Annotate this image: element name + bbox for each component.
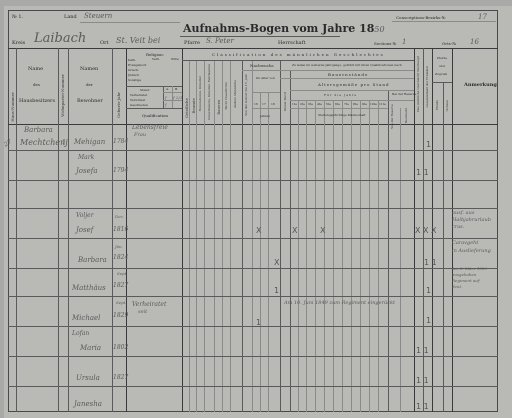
year-col: 3te	[308, 102, 313, 106]
stand-divider	[126, 108, 182, 109]
year-col: 10te	[370, 102, 377, 106]
alters-divider	[290, 90, 414, 91]
stand-row: Geschieden	[130, 103, 148, 107]
title-text: Aufnahms-Bogen vom Jahre 18	[183, 22, 374, 35]
hausbesitzer-header-2: des	[33, 82, 40, 87]
year-col: 9te	[362, 102, 367, 106]
urlaub-sub: Von der Reserve	[390, 104, 394, 129]
urlaub-divider	[388, 100, 414, 101]
year-col: 4te	[317, 102, 322, 106]
religion-row: Griech.	[128, 68, 139, 72]
stand-col-line	[163, 86, 164, 108]
land-underline	[80, 22, 180, 23]
pferde-header: Zugvieh	[435, 72, 447, 76]
stand-row: Verheiratet	[130, 93, 147, 97]
bewohner-name: Michael	[72, 314, 100, 322]
stand-mark: f 2/3	[173, 95, 182, 100]
jahren-divider	[252, 108, 280, 109]
hausbesitzer-header-3: Hausbesitzers	[19, 98, 55, 104]
col-line	[306, 100, 307, 412]
col-line	[242, 60, 243, 412]
col-line	[443, 82, 444, 412]
class-col-header: Andere Männliche	[233, 80, 237, 108]
rekrut-header: Zu laden im weiteren Jahrgange, geführt …	[292, 63, 402, 67]
haus-nr-header: Haus-Nummer	[10, 92, 15, 122]
geburtsjahr: 1784	[113, 138, 128, 145]
anmerkung-note: in Auslieferung	[452, 248, 491, 254]
stand-row-line	[163, 92, 182, 93]
col-line	[222, 60, 223, 412]
anmerkung-note: ausgehoben	[452, 272, 476, 277]
wehrdienst-header: Dienst Beruf	[283, 92, 287, 111]
bewohner-name: Janesha	[74, 400, 102, 408]
fuer-jahre-header: Für die Jahre	[324, 93, 357, 97]
bewohner-name: Mehigan	[74, 138, 105, 146]
year-col: 7te	[344, 102, 349, 106]
tally-mark: 1 1	[416, 168, 429, 177]
pfarre-label: Pfarre	[184, 40, 200, 46]
col-line	[58, 48, 59, 412]
row-line	[8, 268, 498, 269]
geburtsjahr: 1794	[113, 167, 128, 174]
bewohner-header-1: Namen	[80, 66, 98, 72]
bewohner-name: Josefa	[76, 167, 98, 175]
stand-col: A.	[166, 87, 169, 91]
hausbesitzer-name: Mechtchenj	[20, 138, 68, 147]
conscription-label: Conscriptions-Bezirks-№	[396, 15, 446, 20]
bewohner-name: Mark	[78, 154, 94, 161]
stand-mark: f	[165, 95, 166, 100]
bauernstand-header: Bauernstände	[328, 72, 368, 77]
religion-row: Kath.	[128, 58, 136, 62]
nachwuchs-sub: Von der Geburt bis 15. Jahr	[244, 74, 248, 116]
stand-row-line	[163, 100, 182, 101]
bewohner-name: Barbara	[78, 256, 107, 264]
year-col: 2te	[300, 102, 305, 106]
pfarre-value: S. Peter	[206, 37, 234, 45]
nachwuchs-header: Nachwuchs	[250, 63, 274, 68]
geburtsjahr-note: Sept.	[116, 300, 127, 305]
anmerkung-note: Regiment auf-	[452, 278, 480, 283]
tally-mark: 1	[426, 286, 431, 295]
pferde-sub: Pferde	[435, 100, 439, 110]
stellungspflichtig-label: Stellungspflichtige Mannschaft	[318, 113, 366, 117]
geburtsjahr: 1829	[113, 312, 128, 319]
row-line	[8, 180, 498, 181]
col-line	[351, 100, 352, 412]
years-divider	[290, 100, 388, 101]
bewohner-name: Maria	[80, 344, 101, 352]
religion-col: Verh.	[152, 57, 160, 61]
bewohner-name: Josef	[76, 226, 93, 234]
conscription-value: 17	[478, 13, 487, 21]
class-col-header: Honoratioren, Künstler	[198, 76, 202, 111]
bewohner-header-3: Bewohner	[77, 98, 103, 104]
col-line	[400, 108, 401, 412]
col-line	[452, 48, 453, 412]
kreis-value: Laibach	[34, 31, 86, 46]
row-line	[8, 326, 498, 327]
tally-mark: 1	[426, 140, 431, 149]
title-underline	[180, 36, 340, 37]
urlaub-header: Bei der Reserve	[392, 92, 416, 96]
class-col-header: Bauern	[216, 100, 221, 115]
table-top-border	[8, 48, 498, 49]
x-mark: X	[256, 226, 261, 235]
sections-label: Sections-№	[374, 41, 396, 46]
herrschaft-label: Herrschaft	[278, 40, 306, 46]
geburtsjahr: 1827	[113, 282, 128, 289]
row-line	[8, 356, 498, 357]
conscription-underline	[392, 21, 496, 22]
geburtsjahr-note: Sept.	[117, 271, 128, 276]
religion-row: Jüdisch	[128, 73, 139, 77]
age-col: 18	[271, 102, 275, 106]
col-line	[68, 48, 69, 412]
row-line	[8, 296, 498, 297]
row-line	[8, 150, 498, 151]
religion-col: Witw.	[171, 57, 179, 61]
geburtsjahr: 1827	[113, 374, 128, 381]
anmerkung-header: Anmerkung	[464, 82, 497, 88]
col-line	[315, 100, 316, 412]
class-col-header: Beamte	[191, 98, 196, 113]
kreis-label: Kreis	[12, 40, 25, 46]
anmerkung-note: Halbjahrurlaub	[452, 217, 491, 223]
wohnpartei-nr: 1	[62, 139, 66, 146]
class-col-header: Geistliche	[184, 98, 189, 118]
year-col: 8te	[353, 102, 358, 106]
tally-mark: 1	[426, 316, 431, 325]
bauern-divider	[280, 78, 414, 79]
orts-value: 16	[470, 38, 479, 46]
tally-mark: 1 1	[416, 376, 429, 385]
col-line	[182, 48, 183, 412]
geburtsjahr: 1824	[113, 254, 128, 261]
col-line	[280, 60, 281, 412]
col-line	[290, 70, 291, 412]
bewohner-header-2: der	[86, 82, 93, 87]
ort-label: Ort	[100, 40, 109, 46]
row-line	[8, 386, 498, 387]
col-line	[204, 60, 205, 412]
col-line	[252, 60, 253, 412]
col-line	[298, 100, 299, 412]
anmerkung-note: deut.	[452, 284, 462, 289]
col-line	[360, 100, 361, 412]
class-col-header: Gewerbsleute, Künstler, Fabrikanten	[207, 64, 211, 120]
pferde-divider	[432, 82, 452, 83]
qualification: seit	[138, 309, 147, 315]
geburtsjahr-note: Jän.	[115, 244, 123, 249]
anmerkung-note: Caravgeht	[452, 240, 478, 246]
weibliche-header: Das weibliche Geschlecht überhaupt	[416, 56, 420, 112]
year-suffix: 50	[374, 25, 384, 34]
anmerkung-note: Am 8. März 1850	[452, 266, 487, 271]
stand-header: Stand:	[140, 88, 150, 92]
qualification: Frau	[134, 132, 146, 138]
stand-col: B.	[175, 87, 178, 91]
col-line	[324, 100, 325, 412]
class-col-header: Nicht Classificirte	[224, 82, 228, 110]
header-bottom-border	[8, 124, 498, 125]
stellung-divider	[290, 108, 388, 109]
jahren-label: Jahren	[260, 114, 270, 118]
tally-mark: 1 1	[424, 258, 437, 267]
pferde-header: und	[439, 64, 445, 68]
geburtsjahr-note: Dec.	[115, 214, 124, 219]
religion-divider	[126, 86, 182, 87]
religion-row: Sonstige	[128, 78, 141, 82]
age-col: 17	[262, 102, 266, 106]
x-mark: X X X	[415, 226, 437, 235]
col-line	[196, 60, 197, 412]
stand-mark: f	[165, 102, 166, 107]
x-mark: X	[274, 258, 279, 267]
col-line	[342, 100, 343, 412]
tally-mark: 1	[256, 318, 261, 327]
col-line	[214, 60, 215, 412]
col-line	[378, 100, 379, 412]
alters-header: Altersgemäße pro Stand	[318, 82, 390, 87]
tally-mark: 1	[274, 286, 279, 295]
col-line	[388, 90, 389, 412]
col-line	[189, 60, 190, 412]
pferde-sub: Ochsen	[445, 100, 449, 111]
age-divider	[252, 92, 280, 93]
qualification: Lebensfreie	[132, 124, 168, 131]
nachwuchs-sub: Im Alter von	[256, 76, 275, 80]
form-title: Aufnahms-Bogen vom Jahre 1850	[183, 22, 385, 35]
tally-mark: 1 1	[416, 346, 429, 355]
bewohner-name: Voljer	[76, 212, 94, 219]
land-label: Land	[64, 14, 77, 20]
row-line	[8, 208, 498, 209]
hausbesitzer-header-1: Name	[28, 66, 43, 72]
sections-value: 1	[402, 38, 406, 46]
geburtsjahr-header: Geburts-Jahr	[116, 92, 121, 118]
col-line	[260, 92, 261, 412]
hausbesitzer-name: Barbara	[24, 126, 53, 134]
age-col: 16	[254, 102, 258, 106]
nachwuchs-divider	[242, 70, 414, 71]
col-line	[369, 100, 370, 412]
col-line	[268, 92, 269, 412]
bewohner-name: Matthäus	[72, 284, 106, 292]
year-col: 1te	[292, 102, 297, 106]
bewohner-name: Lofan	[72, 330, 89, 337]
urlaub-sub: Beurlaubt	[404, 108, 408, 123]
geburtsjahr: 1816	[113, 226, 128, 233]
tally-mark: 1 1	[416, 402, 429, 411]
classification-title: Classification des männlichen Geschlecht…	[212, 52, 385, 57]
religion-row: Evangelisch	[128, 63, 146, 67]
col-line	[230, 60, 231, 412]
bewohner-name: Ursula	[76, 374, 100, 382]
row-line	[8, 238, 498, 239]
col-line	[16, 48, 17, 412]
ort-value: St. Veit bei	[116, 36, 160, 45]
fremde-header: Gesammtzahl der Fremden	[425, 66, 429, 107]
geburtsjahr: 1802	[113, 344, 128, 351]
form-number: № 1.	[12, 14, 23, 20]
x-mark: X	[292, 226, 297, 235]
col-line	[333, 100, 334, 412]
year-col: 11te	[379, 102, 386, 106]
qualification: Verheiratet	[132, 301, 166, 308]
classification-divider	[182, 60, 414, 61]
year-col: 5te	[326, 102, 331, 106]
inline-note: Am 10. Juni 1849 zum Regiment eingerückt	[284, 300, 395, 306]
qualification-header: Qualification	[142, 113, 168, 118]
orts-label: Orts-№	[442, 41, 456, 46]
wohnpartei-header: Wohnpartei-Nummer	[60, 74, 65, 117]
anmerkung-note: ausf. aus	[452, 210, 474, 216]
land-value: Steuern	[84, 12, 112, 20]
anmerkung-note: cras.	[452, 224, 464, 230]
stand-row: Verwitwet	[130, 98, 145, 102]
year-col: 6te	[335, 102, 340, 106]
pferde-header: Pferde	[437, 56, 447, 60]
x-mark: X	[320, 226, 325, 235]
